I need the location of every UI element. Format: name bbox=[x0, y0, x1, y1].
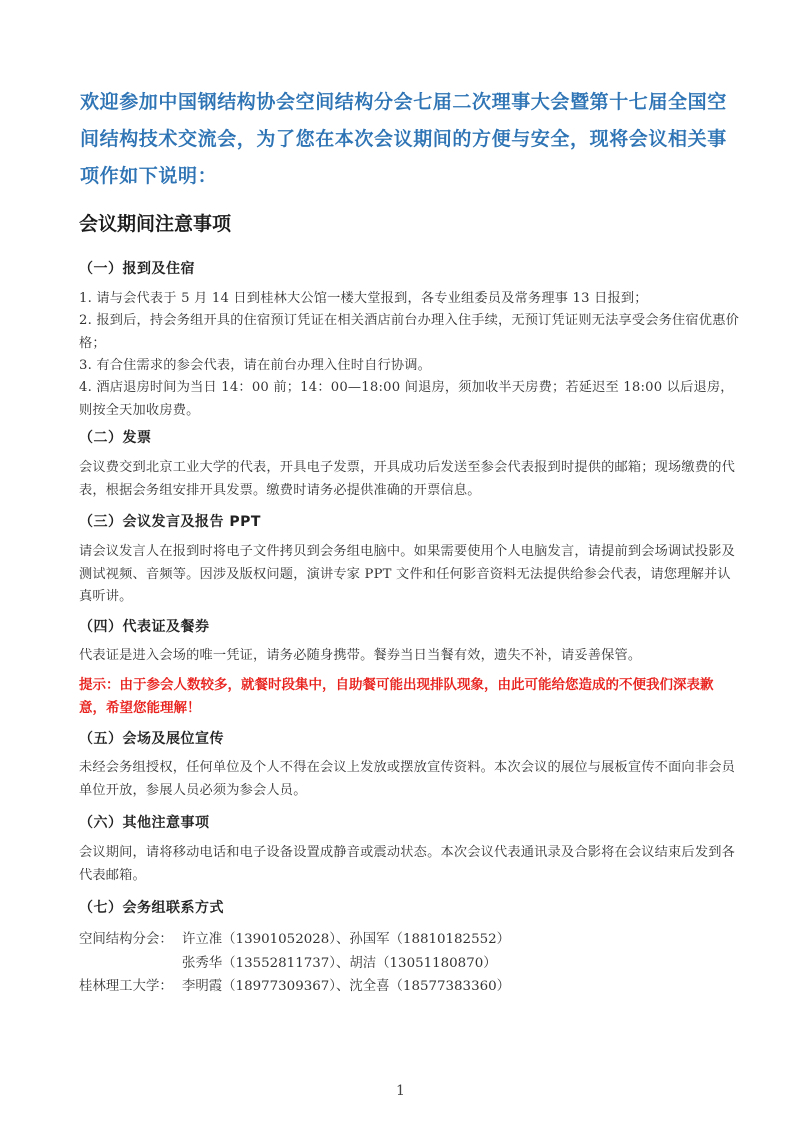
checkin-item-4: 4. 酒店退房时间为当日 14：00 前；14：00—18:00 间退房，须加收… bbox=[79, 377, 739, 422]
presentation-paragraph: 请会议发言人在报到时将电子文件拷贝到会务组电脑中。如果需要使用个人电脑发言，请提… bbox=[79, 541, 739, 609]
section-heading-contacts: （七）会务组联系方式 bbox=[79, 897, 224, 917]
contact-people: 李明霞（18977309367）、沈全喜（18577383360） bbox=[182, 975, 510, 999]
intro-paragraph: 欢迎参加中国钢结构协会空间结构分会七届二次理事大会暨第十七届全国空间结构技术交流… bbox=[80, 84, 730, 195]
section-heading-invoice: （二）发票 bbox=[79, 427, 152, 447]
section-heading-presentation: （三）会议发言及报告 PPT bbox=[79, 511, 261, 531]
contact-people: 张秀华（13552811737）、胡洁（13051180870） bbox=[182, 952, 497, 976]
section-heading-badge-meal: （四）代表证及餐券 bbox=[79, 616, 210, 636]
contact-org: 空间结构分会： bbox=[79, 928, 182, 952]
page-title: 会议期间注意事项 bbox=[79, 209, 231, 236]
venue-promo-paragraph: 未经会务组授权，任何单位及个人不得在会议上发放或摆放宣传资料。本次会议的展位与展… bbox=[79, 757, 739, 802]
contact-row: 张秀华（13552811737）、胡洁（13051180870） bbox=[79, 952, 510, 976]
section-heading-venue-promo: （五）会场及展位宣传 bbox=[79, 728, 224, 748]
checkin-item-3: 3. 有合住需求的参会代表，请在前台办理入住时自行协调。 bbox=[79, 355, 739, 378]
badge-meal-paragraph: 代表证是进入会场的唯一凭证，请务必随身携带。餐券当日当餐有效，遗失不补，请妥善保… bbox=[79, 645, 739, 668]
contact-row: 桂林理工大学： 李明霞（18977309367）、沈全喜（18577383360… bbox=[79, 975, 510, 999]
contact-row: 空间结构分会： 许立准（13901052028）、孙国军（18810182552… bbox=[79, 928, 510, 952]
section-heading-checkin: （一）报到及住宿 bbox=[79, 258, 195, 278]
section-heading-other: （六）其他注意事项 bbox=[79, 812, 210, 832]
checkin-item-2: 2. 报到后，持会务组开具的住宿预订凭证在相关酒店前台办理入住手续，无预订凭证则… bbox=[79, 310, 739, 355]
checkin-item-1: 1. 请与会代表于 5 月 14 日到桂林大公馆一楼大堂报到，各专业组委员及常务… bbox=[79, 288, 739, 311]
page-number: 1 bbox=[396, 1083, 405, 1099]
contact-people: 许立准（13901052028）、孙国军（18810182552） bbox=[182, 928, 510, 952]
document-page: 欢迎参加中国钢结构协会空间结构分会七届二次理事大会暨第十七届全国空间结构技术交流… bbox=[0, 0, 800, 1131]
meal-notice: 提示：由于参会人数较多，就餐时段集中，自助餐可能出现排队现象，由此可能给您造成的… bbox=[79, 674, 739, 720]
contact-list: 空间结构分会： 许立准（13901052028）、孙国军（18810182552… bbox=[79, 928, 510, 999]
contact-org bbox=[79, 952, 182, 976]
contact-org: 桂林理工大学： bbox=[79, 975, 182, 999]
other-paragraph: 会议期间，请将移动电话和电子设备设置成静音或震动状态。本次会议代表通讯录及合影将… bbox=[79, 842, 739, 887]
invoice-paragraph: 会议费交到北京工业大学的代表，开具电子发票，开具成功后发送至参会代表报到时提供的… bbox=[79, 457, 739, 502]
